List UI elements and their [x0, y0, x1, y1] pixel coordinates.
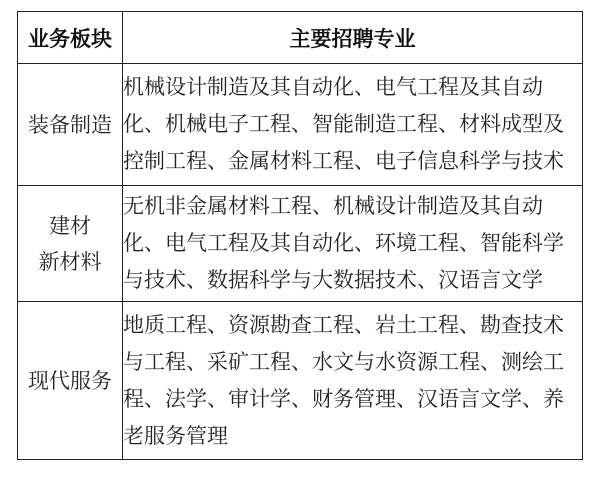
- majors-line: 与工程、采矿工程、水文与水资源工程、测绘工: [123, 344, 582, 381]
- majors-cell: 地质工程、资源勘查工程、岩土工程、勘查技术 与工程、采矿工程、水文与水资源工程、…: [123, 302, 583, 460]
- majors-line: 无机非金属材料工程、机械设计制造及其自动: [123, 188, 582, 225]
- header-majors: 主要招聘专业: [123, 12, 583, 64]
- majors-line: 与技术、数据科学与大数据技术、汉语言文学: [123, 262, 582, 299]
- majors-line: 化、电气工程及其自动化、环境工程、智能科学: [123, 225, 582, 262]
- table-row: 装备制造 机械设计制造及其自动化、电气工程及其自动 化、机械电子工程、智能制造工…: [18, 64, 583, 186]
- sector-label: 新材料: [18, 244, 122, 280]
- majors-line: 机械设计制造及其自动化、电气工程及其自动: [123, 69, 582, 106]
- sector-label: 建材: [18, 208, 122, 244]
- table-row: 现代服务 地质工程、资源勘查工程、岩土工程、勘查技术 与工程、采矿工程、水文与水…: [18, 302, 583, 460]
- header-sector: 业务板块: [18, 12, 123, 64]
- majors-cell: 无机非金属材料工程、机械设计制造及其自动 化、电气工程及其自动化、环境工程、智能…: [123, 186, 583, 302]
- majors-line: 程、法学、审计学、财务管理、汉语言文学、养: [123, 381, 582, 418]
- recruitment-table: 业务板块 主要招聘专业 装备制造 机械设计制造及其自动化、电气工程及其自动 化、…: [17, 11, 583, 460]
- header-row: 业务板块 主要招聘专业: [18, 12, 583, 64]
- majors-cell: 机械设计制造及其自动化、电气工程及其自动 化、机械电子工程、智能制造工程、材料成…: [123, 64, 583, 186]
- table-row: 建材 新材料 无机非金属材料工程、机械设计制造及其自动 化、电气工程及其自动化、…: [18, 186, 583, 302]
- majors-line: 老服务管理: [123, 418, 582, 455]
- majors-line: 控制工程、金属材料工程、电子信息科学与技术: [123, 143, 582, 180]
- sector-cell: 装备制造: [18, 64, 123, 186]
- sector-cell: 建材 新材料: [18, 186, 123, 302]
- sector-label: 装备制造: [18, 107, 122, 143]
- sector-cell: 现代服务: [18, 302, 123, 460]
- majors-line: 化、机械电子工程、智能制造工程、材料成型及: [123, 106, 582, 143]
- sector-label: 现代服务: [18, 363, 122, 399]
- majors-line: 地质工程、资源勘查工程、岩土工程、勘查技术: [123, 307, 582, 344]
